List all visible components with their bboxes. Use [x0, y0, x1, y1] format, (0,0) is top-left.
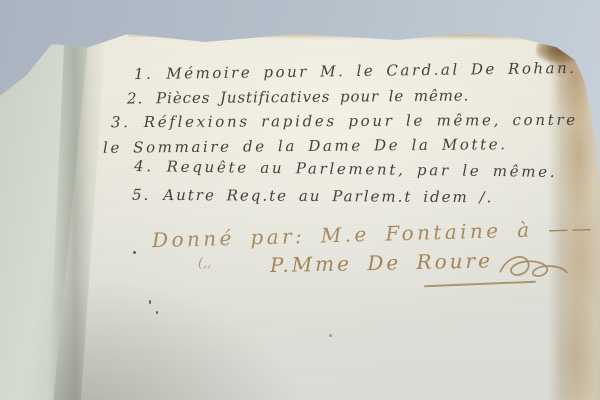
manuscript-line-5: 5. Autre Req.te au Parlem.t idem /. [132, 186, 493, 207]
inscription-text: P.Mme De Roure [270, 248, 494, 287]
pen-mark-text: (,, [198, 256, 211, 271]
manuscript-line-4: 4. Requête au Parlement, par le même. [134, 157, 558, 181]
line-text: le Sommaire de la Dame De la Motte. [103, 135, 508, 157]
manuscript-line-3-wrap: le Sommaire de la Dame De la Motte. [103, 135, 508, 157]
manuscript-line-1: 1. Mémoire pour M. le Card.al De Rohan. [134, 59, 577, 83]
ink-speck [133, 251, 136, 254]
ink-speck [156, 311, 158, 314]
manuscript-line-3: 3. Réflexions rapides pour le même, cont… [111, 111, 578, 131]
line-number: 3. [111, 113, 131, 131]
ink-speck [329, 334, 332, 337]
line-text: Mémoire pour M. le Card.al De Rohan. [166, 59, 576, 83]
line-number: 1. [134, 65, 154, 83]
open-book: 1. Mémoire pour M. le Card.al De Rohan. … [0, 0, 600, 400]
line-text: Requête au Parlement, par le même. [167, 158, 558, 181]
inscription-pen-mark: (,, [198, 256, 211, 271]
line-number: 2. [127, 89, 143, 107]
line-text: Autre Req.te au Parlem.t idem /. [163, 186, 493, 206]
manuscript-photo: 1. Mémoire pour M. le Card.al De Rohan. … [0, 0, 600, 400]
line-number: 5. [132, 186, 150, 204]
signature-flourish-icon [497, 249, 570, 283]
manuscript-line-2: 2. Pièces Justificatives pour le même. [127, 87, 469, 108]
line-text: Réflexions rapides pour le même, contre [144, 111, 578, 131]
line-number: 4. [134, 157, 154, 175]
ink-speck [149, 300, 151, 304]
line-text: Pièces Justificatives pour le même. [156, 87, 469, 108]
